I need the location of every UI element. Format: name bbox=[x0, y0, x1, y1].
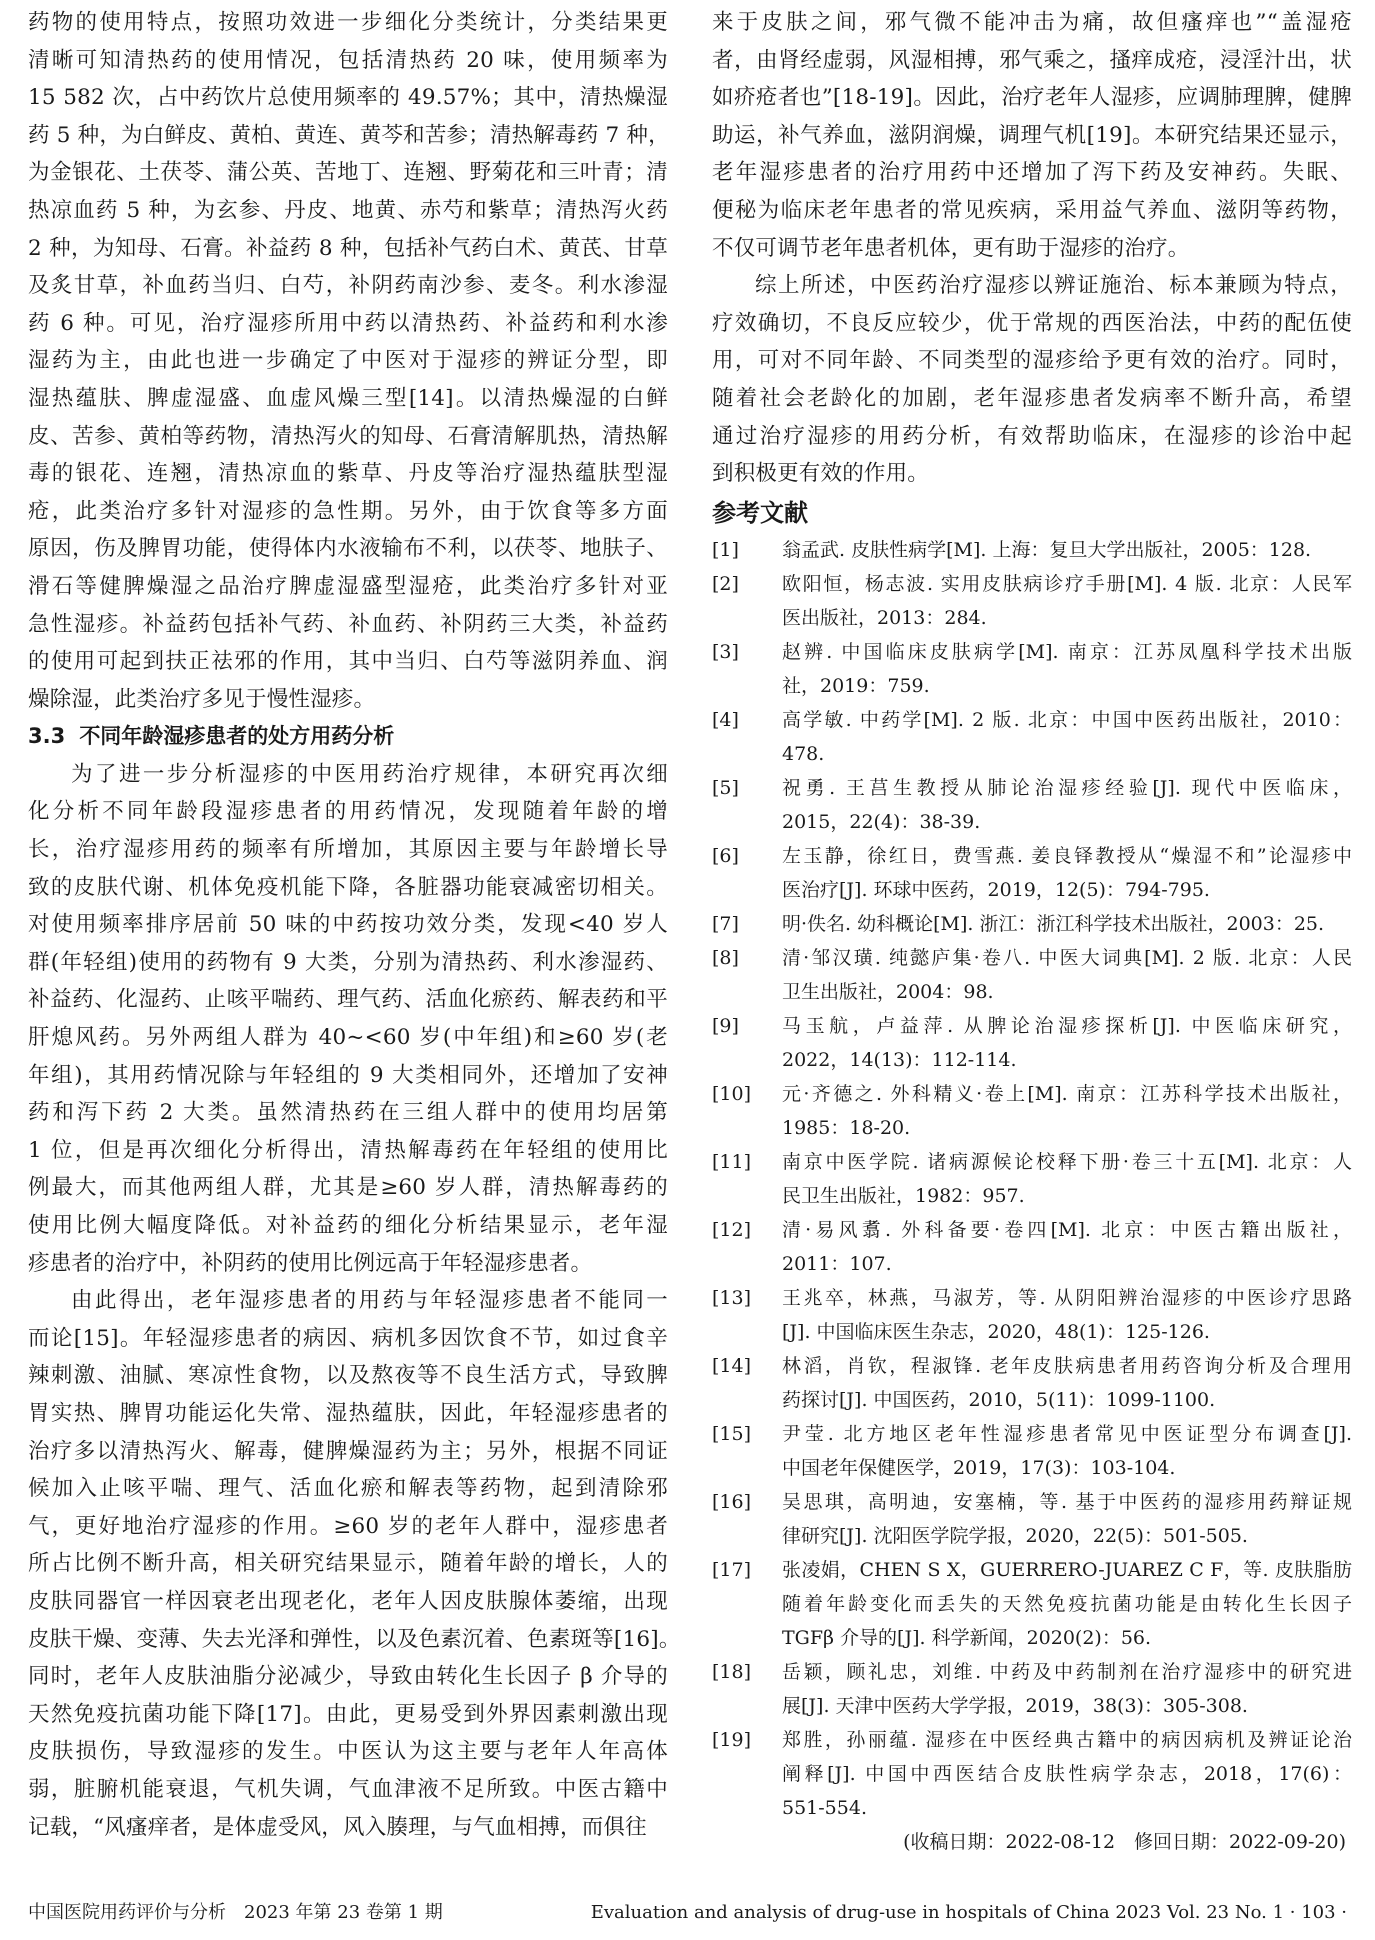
reference-item: [9]马玉航，卢益萍. 从脾论治湿疹探析[J]. 中医临床研究，2022，14(… bbox=[712, 1009, 1352, 1077]
text-line: 治疗多以清热泻火、解毒，健脾燥湿药为主；另外，根据不同证 bbox=[28, 1433, 668, 1471]
reference-text: 律研究[J]. 沈阳医学院学报，2020，22(5)：501-505. bbox=[782, 1519, 1352, 1553]
text-line: 通过治疗湿疹的用药分析，有效帮助临床，在湿疹的诊治中起 bbox=[712, 418, 1352, 456]
reference-number: [15] bbox=[712, 1417, 772, 1451]
reference-number: [19] bbox=[712, 1723, 772, 1757]
reference-text: 明·佚名. 幼科概论[M]. 浙江：浙江科学技术出版社，2003：25. bbox=[782, 907, 1352, 941]
reference-number: [3] bbox=[712, 635, 772, 669]
reference-item: [11]南京中医学院. 诸病源候论校释下册·卷三十五[M]. 北京：人民卫生出版… bbox=[712, 1145, 1352, 1213]
footer-journal-en: Evaluation and analysis of drug-use in h… bbox=[591, 1898, 1347, 1928]
reference-item: [12]清·易风翥. 外科备要·卷四[M]. 北京：中医古籍出版社，2011：1… bbox=[712, 1213, 1352, 1281]
section-number: 3.3 bbox=[28, 718, 72, 756]
reference-number: [14] bbox=[712, 1349, 772, 1383]
reference-text: 2011：107. bbox=[782, 1247, 1352, 1281]
reference-item: [15]尹莹. 北方地区老年性湿疹患者常见中医证型分布调查[J].中国老年保健医… bbox=[712, 1417, 1352, 1485]
text-line: 皮肤同器官一样因衰老出现老化，老年人因皮肤腺体萎缩，出现 bbox=[28, 1583, 668, 1621]
reference-item: [3]赵辨. 中国临床皮肤病学[M]. 南京：江苏凤凰科学技术出版社，2019：… bbox=[712, 635, 1352, 703]
reference-text: TGFβ 介导的[J]. 科学新闻，2020(2)：56. bbox=[782, 1621, 1352, 1655]
reference-text: 民卫生出版社，1982：957. bbox=[782, 1179, 1352, 1213]
text-line: 毒的银花、连翘，清热凉血的紫草、丹皮等治疗湿热蕴肤型湿 bbox=[28, 455, 668, 493]
text-line: 药 5 种，为白鲜皮、黄柏、黄连、黄芩和苦参；清热解毒药 7 种， bbox=[28, 117, 668, 155]
text-line: 天然免疫抗菌功能下降[17]。由此，更易受到外界因素刺激出现 bbox=[28, 1696, 668, 1734]
reference-text: 清·易风翥. 外科备要·卷四[M]. 北京：中医古籍出版社， bbox=[782, 1213, 1352, 1247]
paragraph-classification: 药物的使用特点，按照功效进一步细化分类统计，分类结果更清晰可知清热药的使用情况，… bbox=[28, 4, 668, 718]
text-line: 使用比例大幅度降低。对补益药的细化分析结果显示，老年湿 bbox=[28, 1207, 668, 1245]
text-line: 综上所述，中医药治疗湿疹以辨证施治、标本兼顾为特点， bbox=[712, 267, 1352, 305]
references-title: 参考文献 bbox=[712, 493, 1352, 533]
reference-text: 2022，14(13)：112-114. bbox=[782, 1043, 1352, 1077]
reference-text: 元·齐德之. 外科精义·卷上[M]. 南京：江苏科学技术出版社， bbox=[782, 1077, 1352, 1111]
reference-item: [8]清·邹汉璜. 纯懿庐集·卷八. 中医大词典[M]. 2 版. 北京：人民卫… bbox=[712, 941, 1352, 1009]
text-line: 同时，老年人皮肤油脂分泌减少，导致由转化生长因子 β 介导的 bbox=[28, 1658, 668, 1696]
reference-text: 吴思琪，高明迪，安塞楠，等. 基于中医药的湿疹用药辩证规 bbox=[782, 1485, 1352, 1519]
reference-number: [12] bbox=[712, 1213, 772, 1247]
reference-item: [18]岳颖，顾礼忠，刘维. 中药及中药制剂在治疗湿疹中的研究进展[J]. 天津… bbox=[712, 1655, 1352, 1723]
reference-text: 清·邹汉璜. 纯懿庐集·卷八. 中医大词典[M]. 2 版. 北京：人民 bbox=[782, 941, 1352, 975]
reference-item: [7]明·佚名. 幼科概论[M]. 浙江：浙江科学技术出版社，2003：25. bbox=[712, 907, 1352, 941]
text-line: 者，由肾经虚弱，风湿相搏，邪气乘之，搔痒成疮，浸淫汁出，状 bbox=[712, 42, 1352, 80]
text-line: 候加入止咳平喘、理气、活血化瘀和解表等药物，起到清除邪 bbox=[28, 1470, 668, 1508]
reference-text: 展[J]. 天津中医药大学学报，2019，38(3)：305-308. bbox=[782, 1689, 1352, 1723]
reference-number: [7] bbox=[712, 907, 772, 941]
reference-text: 祝勇. 王莒生教授从肺论治湿疹经验[J]. 现代中医临床， bbox=[782, 771, 1352, 805]
reference-text: 赵辨. 中国临床皮肤病学[M]. 南京：江苏凤凰科学技术出版 bbox=[782, 635, 1352, 669]
text-line: 皮、苦参、黄柏等药物，清热泻火的知母、石膏清解肌热，清热解 bbox=[28, 418, 668, 456]
text-line: 助运，补气养血，滋阴润燥，调理气机[19]。本研究结果还显示， bbox=[712, 117, 1352, 155]
reference-text: [J]. 中国临床医生杂志，2020，48(1)：125-126. bbox=[782, 1315, 1352, 1349]
text-line: 用，可对不同年龄、不同类型的湿疹给予更有效的治疗。同时， bbox=[712, 342, 1352, 380]
text-line: 到积极更有效的作用。 bbox=[712, 455, 1352, 493]
text-line: 为了进一步分析湿疹的中医用药治疗规律，本研究再次细 bbox=[28, 756, 668, 794]
reference-text: 医出版社，2013：284. bbox=[782, 601, 1352, 635]
reference-text: 1985：18-20. bbox=[782, 1111, 1352, 1145]
reference-number: [8] bbox=[712, 941, 772, 975]
reference-item: [10]元·齐德之. 外科精义·卷上[M]. 南京：江苏科学技术出版社，1985… bbox=[712, 1077, 1352, 1145]
section-title: 不同年龄湿疹患者的处方用药分析 bbox=[79, 724, 394, 748]
reference-text: 马玉航，卢益萍. 从脾论治湿疹探析[J]. 中医临床研究， bbox=[782, 1009, 1352, 1043]
reference-item: [1]翁孟武. 皮肤性病学[M]. 上海：复旦大学出版社，2005：128. bbox=[712, 533, 1352, 567]
right-column: 来于皮肤之间，邪气微不能冲击为痛，故但瘙痒也”“盖湿疮者，由肾经虚弱，风湿相搏，… bbox=[712, 4, 1352, 1861]
text-line: 老年湿疹患者的治疗用药中还增加了泻下药及安神药。失眠、 bbox=[712, 154, 1352, 192]
text-line: 急性湿疹。补益药包括补气药、补血药、补阴药三大类，补益药 bbox=[28, 606, 668, 644]
reference-text: 林滔，肖钦，程淑锋. 老年皮肤病患者用药咨询分析及合理用 bbox=[782, 1349, 1352, 1383]
reference-text: 欧阳恒，杨志波. 实用皮肤病诊疗手册[M]. 4 版. 北京：人民军 bbox=[782, 567, 1352, 601]
text-line: 热凉血药 5 种，为玄参、丹皮、地黄、赤芍和紫草；清热泻火药 bbox=[28, 192, 668, 230]
reference-text: 卫生出版社，2004：98. bbox=[782, 975, 1352, 1009]
paragraph-tcm-theory: 来于皮肤之间，邪气微不能冲击为痛，故但瘙痒也”“盖湿疮者，由肾经虚弱，风湿相搏，… bbox=[712, 4, 1352, 267]
text-line: 及炙甘草，补血药当归、白芍，补阴药南沙参、麦冬。利水渗湿 bbox=[28, 267, 668, 305]
reference-item: [5]祝勇. 王莒生教授从肺论治湿疹经验[J]. 现代中医临床，2015，22(… bbox=[712, 771, 1352, 839]
reference-number: [10] bbox=[712, 1077, 772, 1111]
text-line: 由此得出，老年湿疹患者的用药与年轻湿疹患者不能同一 bbox=[28, 1282, 668, 1320]
reference-text: 翁孟武. 皮肤性病学[M]. 上海：复旦大学出版社，2005：128. bbox=[782, 533, 1352, 567]
text-line: 药 6 种。可见，治疗湿疹所用中药以清热药、补益药和利水渗 bbox=[28, 305, 668, 343]
reference-text: 中国老年保健医学，2019，17(3)：103-104. bbox=[782, 1451, 1352, 1485]
text-line: 便秘为临床老年患者的常见疾病，采用益气养血、滋阴等药物， bbox=[712, 192, 1352, 230]
text-line: 皮肤干燥、变薄、失去光泽和弹性，以及色素沉着、色素斑等[16]。 bbox=[28, 1621, 668, 1659]
reference-number: [16] bbox=[712, 1485, 772, 1519]
text-line: 清晰可知清热药的使用情况，包括清热药 20 味，使用频率为 bbox=[28, 42, 668, 80]
reference-text: 2015，22(4)：38-39. bbox=[782, 805, 1352, 839]
reference-text: 岳颖，顾礼忠，刘维. 中药及中药制剂在治疗湿疹中的研究进 bbox=[782, 1655, 1352, 1689]
left-column: 药物的使用特点，按照功效进一步细化分类统计，分类结果更清晰可知清热药的使用情况，… bbox=[28, 4, 668, 1846]
reference-text: 王兆卒，林燕，马淑芳，等. 从阴阳辨治湿疹的中医诊疗思路 bbox=[782, 1281, 1352, 1315]
text-line: 辣刺激、油腻、寒凉性食物，以及熬夜等不良生活方式，导致脾 bbox=[28, 1357, 668, 1395]
reference-number: [5] bbox=[712, 771, 772, 805]
text-line: 记载，“风瘙痒者，是体虚受风，风入腠理，与气血相搏，而俱往 bbox=[28, 1809, 668, 1847]
reference-number: [6] bbox=[712, 839, 772, 873]
section-heading: 3.3 不同年龄湿疹患者的处方用药分析 bbox=[28, 718, 668, 756]
received-revised-dates: (收稿日期：2022-08-12 修回日期：2022-09-20) bbox=[712, 1825, 1352, 1861]
footer-journal-cn: 中国医院用药评价与分析 2023 年第 23 卷第 1 期 bbox=[28, 1898, 443, 1928]
text-line: 2 种，为知母、石膏。补益药 8 种，包括补气药白术、黄芪、甘草 bbox=[28, 230, 668, 268]
text-line: 肝熄风药。另外两组人群为 40~<60 岁(中年组)和≥60 岁(老 bbox=[28, 1019, 668, 1057]
reference-item: [13]王兆卒，林燕，马淑芳，等. 从阴阳辨治湿疹的中医诊疗思路[J]. 中国临… bbox=[712, 1281, 1352, 1349]
reference-item: [14]林滔，肖钦，程淑锋. 老年皮肤病患者用药咨询分析及合理用药探讨[J]. … bbox=[712, 1349, 1352, 1417]
text-line: 例最大，而其他两组人群，尤其是≥60 岁人群，清热解毒药的 bbox=[28, 1169, 668, 1207]
reference-item: [16]吴思琪，高明迪，安塞楠，等. 基于中医药的湿疹用药辩证规律研究[J]. … bbox=[712, 1485, 1352, 1553]
text-line: 疮，此类治疗多针对湿疹的急性期。另外，由于饮食等多方面 bbox=[28, 493, 668, 531]
reference-text: 南京中医学院. 诸病源候论校释下册·卷三十五[M]. 北京：人 bbox=[782, 1145, 1352, 1179]
reference-text: 左玉静，徐红日，费雪燕. 姜良铎教授从“燥湿不和”论湿疹中 bbox=[782, 839, 1352, 873]
reference-text: 阐释[J]. 中国中西医结合皮肤性病学杂志，2018，17(6)： bbox=[782, 1757, 1352, 1791]
text-line: 药物的使用特点，按照功效进一步细化分类统计，分类结果更 bbox=[28, 4, 668, 42]
reference-number: [4] bbox=[712, 703, 772, 737]
text-line: 群(年轻组)使用的药物有 9 大类，分别为清热药、利水渗湿药、 bbox=[28, 944, 668, 982]
reference-text: 高学敏. 中药学[M]. 2 版. 北京：中国中医药出版社，2010： bbox=[782, 703, 1352, 737]
reference-number: [13] bbox=[712, 1281, 772, 1315]
text-line: 年组)，其用药情况除与年轻组的 9 大类相同外，还增加了安神 bbox=[28, 1057, 668, 1095]
reference-item: [6]左玉静，徐红日，费雪燕. 姜良铎教授从“燥湿不和”论湿疹中医治疗[J]. … bbox=[712, 839, 1352, 907]
text-line: 化分析不同年龄段湿疹患者的用药情况，发现随着年龄的增 bbox=[28, 793, 668, 831]
text-line: 来于皮肤之间，邪气微不能冲击为痛，故但瘙痒也”“盖湿疮 bbox=[712, 4, 1352, 42]
text-line: 疗效确切，不良反应较少，优于常规的西医治法，中药的配伍使 bbox=[712, 305, 1352, 343]
text-line: 弱，脏腑机能衰退，气机失调，气血津液不足所致。中医古籍中 bbox=[28, 1771, 668, 1809]
text-line: 湿药为主，由此也进一步确定了中医对于湿疹的辨证分型，即 bbox=[28, 342, 668, 380]
reference-item: [4]高学敏. 中药学[M]. 2 版. 北京：中国中医药出版社，2010：47… bbox=[712, 703, 1352, 771]
text-line: 疹患者的治疗中，补阴药的使用比例远高于年轻湿疹患者。 bbox=[28, 1245, 668, 1283]
paragraph-elderly: 由此得出，老年湿疹患者的用药与年轻湿疹患者不能同一而论[15]。年轻湿疹患者的病… bbox=[28, 1282, 668, 1846]
reference-text: 药探讨[J]. 中国医药，2010，5(11)：1099-1100. bbox=[782, 1383, 1352, 1417]
text-line: 15 582 次，占中药饮片总使用频率的 49.57%；其中，清热燥湿 bbox=[28, 79, 668, 117]
text-line: 不仅可调节老年患者机体，更有助于湿疹的治疗。 bbox=[712, 230, 1352, 268]
text-line: 的使用可起到扶正祛邪的作用，其中当归、白芍等滋阴养血、润 bbox=[28, 643, 668, 681]
reference-number: [1] bbox=[712, 533, 772, 567]
reference-text: 医治疗[J]. 环球中医药，2019，12(5)：794-795. bbox=[782, 873, 1352, 907]
reference-number: [2] bbox=[712, 567, 772, 601]
reference-text: 郑胜，孙丽蕴. 湿疹在中医经典古籍中的病因病机及辨证论治 bbox=[782, 1723, 1352, 1757]
text-line: 所占比例不断升高，相关研究结果显示，随着年龄的增长，人的 bbox=[28, 1545, 668, 1583]
reference-number: [9] bbox=[712, 1009, 772, 1043]
text-line: 气，更好地治疗湿疹的作用。≥60 岁的老年人群中，湿疹患者 bbox=[28, 1508, 668, 1546]
text-line: 原因，伤及脾胃功能，使得体内水液输布不利，以茯苓、地肤子、 bbox=[28, 530, 668, 568]
page-footer: 中国医院用药评价与分析 2023 年第 23 卷第 1 期 Evaluation… bbox=[28, 1898, 1347, 1928]
text-line: 药和泻下药 2 大类。虽然清热药在三组人群中的使用均居第 bbox=[28, 1094, 668, 1132]
paragraph-age-analysis: 为了进一步分析湿疹的中医用药治疗规律，本研究再次细化分析不同年龄段湿疹患者的用药… bbox=[28, 756, 668, 1282]
reference-text: 随着年龄变化而丢失的天然免疫抗菌功能是由转化生长因子 bbox=[782, 1587, 1352, 1621]
text-line: 随着社会老龄化的加剧，老年湿疹患者发病率不断升高，希望 bbox=[712, 380, 1352, 418]
text-line: 皮肤损伤，导致湿疹的发生。中医认为这主要与老年人年高体 bbox=[28, 1733, 668, 1771]
reference-text: 551-554. bbox=[782, 1791, 1352, 1825]
text-line: 致的皮肤代谢、机体免疫机能下降，各脏器功能衰减密切相关。 bbox=[28, 869, 668, 907]
text-line: 而论[15]。年轻湿疹患者的病因、病机多因饮食不节，如过食辛 bbox=[28, 1320, 668, 1358]
paragraph-conclusion: 综上所述，中医药治疗湿疹以辨证施治、标本兼顾为特点，疗效确切，不良反应较少，优于… bbox=[712, 267, 1352, 493]
text-line: 湿热蕴肤、脾虚湿盛、血虚风燥三型[14]。以清热燥湿的白鲜 bbox=[28, 380, 668, 418]
reference-number: [17] bbox=[712, 1553, 772, 1587]
text-line: 长，治疗湿疹用药的频率有所增加，其原因主要与年龄增长导 bbox=[28, 831, 668, 869]
text-line: 1 位，但是再次细化分析得出，清热解毒药在年轻组的使用比 bbox=[28, 1132, 668, 1170]
reference-text: 张凌娟，CHEN S X，GUERRERO-JUAREZ C F，等. 皮肤脂肪 bbox=[782, 1553, 1352, 1587]
reference-item: [2]欧阳恒，杨志波. 实用皮肤病诊疗手册[M]. 4 版. 北京：人民军医出版… bbox=[712, 567, 1352, 635]
text-line: 对使用频率排序居前 50 味的中药按功效分类，发现<40 岁人 bbox=[28, 906, 668, 944]
reference-number: [18] bbox=[712, 1655, 772, 1689]
reference-text: 478. bbox=[782, 737, 1352, 771]
reference-text: 尹莹. 北方地区老年性湿疹患者常见中医证型分布调查[J]. bbox=[782, 1417, 1352, 1451]
references-list: [1]翁孟武. 皮肤性病学[M]. 上海：复旦大学出版社，2005：128.[2… bbox=[712, 533, 1352, 1825]
reference-number: [11] bbox=[712, 1145, 772, 1179]
reference-item: [17]张凌娟，CHEN S X，GUERRERO-JUAREZ C F，等. … bbox=[712, 1553, 1352, 1655]
text-line: 燥除湿，此类治疗多见于慢性湿疹。 bbox=[28, 681, 668, 719]
text-line: 胃实热、脾胃功能运化失常、湿热蕴肤，因此，年轻湿疹患者的 bbox=[28, 1395, 668, 1433]
text-line: 如疥疮者也”[18-19]。因此，治疗老年人湿疹，应调肺理脾，健脾 bbox=[712, 79, 1352, 117]
reference-item: [19]郑胜，孙丽蕴. 湿疹在中医经典古籍中的病因病机及辨证论治阐释[J]. 中… bbox=[712, 1723, 1352, 1825]
reference-text: 社，2019：759. bbox=[782, 669, 1352, 703]
text-line: 为金银花、土茯苓、蒲公英、苦地丁、连翘、野菊花和三叶青；清 bbox=[28, 154, 668, 192]
text-line: 补益药、化湿药、止咳平喘药、理气药、活血化瘀药、解表药和平 bbox=[28, 981, 668, 1019]
text-line: 滑石等健脾燥湿之品治疗脾虚湿盛型湿疮，此类治疗多针对亚 bbox=[28, 568, 668, 606]
